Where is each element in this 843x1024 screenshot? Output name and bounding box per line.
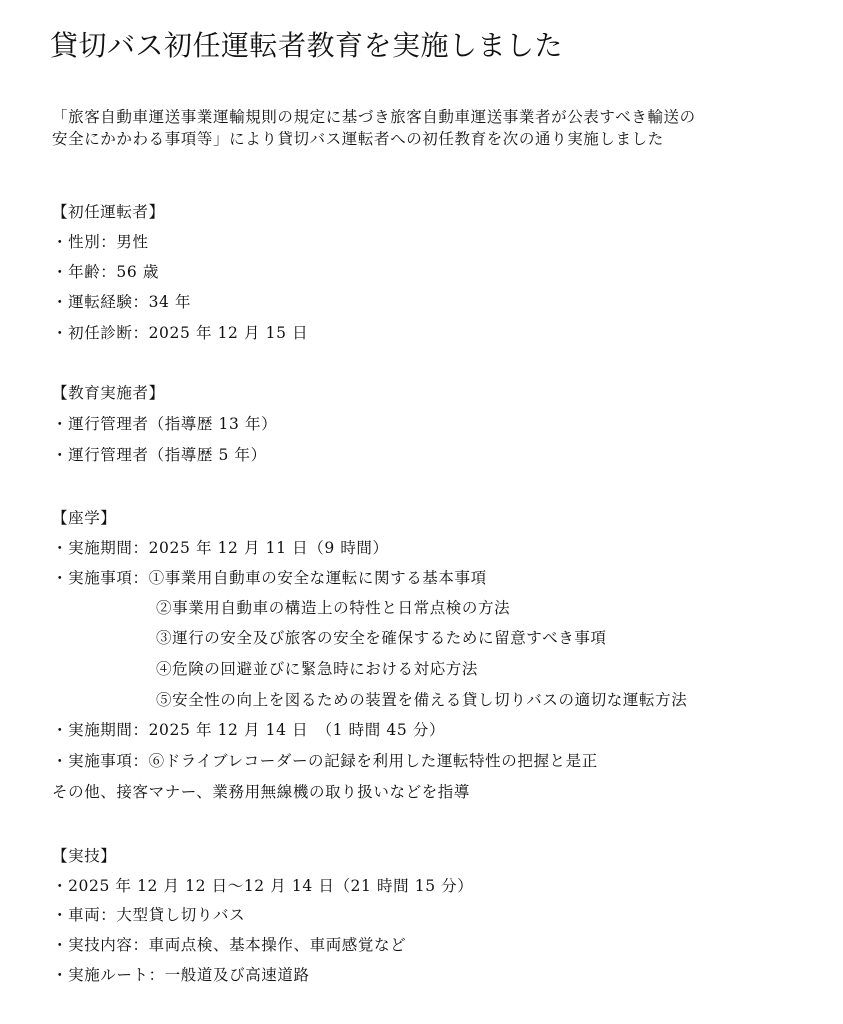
classroom-topic-6: ・実施事項：⑥ドライブレコーダーの記録を利用した運転特性の把握と是正 xyxy=(52,750,598,772)
practical-route: ・実施ルート：一般道及び高速道路 xyxy=(52,964,310,986)
driver-experience: ・運転経験：34 年 xyxy=(52,291,191,313)
classroom-topic-3: ③運行の安全及び旅客の安全を確保するために留意すべき事項 xyxy=(156,627,607,649)
instructor-1: ・運行管理者（指導歴 13 年） xyxy=(52,413,277,435)
section-heading-practical: 【実技】 xyxy=(52,845,116,867)
driver-diagnosis-date: ・初任診断：2025 年 12 月 15 日 xyxy=(52,322,308,344)
driver-age: ・年齢：56 歳 xyxy=(52,261,159,283)
practical-vehicle: ・車両：大型貸し切りバス xyxy=(52,904,245,926)
section-heading-driver: 【初任運転者】 xyxy=(52,201,165,223)
intro-paragraph: 「旅客自動車運送事業運輸規則の規定に基づき旅客自動車運送事業者が公表すべき輸送の… xyxy=(52,106,812,150)
classroom-topic-2: ②事業用自動車の構造上の特性と日常点検の方法 xyxy=(156,597,510,619)
classroom-topic-4: ④危険の回避並びに緊急時における対応方法 xyxy=(156,658,478,680)
instructor-2: ・運行管理者（指導歴 5 年） xyxy=(52,444,267,466)
classroom-period-1: ・実施期間：2025 年 12 月 11 日（9 時間） xyxy=(52,537,389,559)
practical-period: ・2025 年 12 月 12 日～12 月 14 日（21 時間 15 分） xyxy=(52,875,473,897)
section-heading-classroom: 【座学】 xyxy=(52,507,116,529)
driver-gender: ・性別：男性 xyxy=(52,231,149,253)
classroom-topic-5: ⑤安全性の向上を図るための装置を備える貸し切りバスの適切な運転方法 xyxy=(156,689,687,711)
practical-content: ・実技内容：車両点検、基本操作、車両感覚など xyxy=(52,934,406,956)
classroom-other-guidance: その他、接客マナー、業務用無線機の取り扱いなどを指導 xyxy=(52,781,470,803)
document-page: 貸切バス初任運転者教育を実施しました 「旅客自動車運送事業運輸規則の規定に基づき… xyxy=(0,0,843,1024)
classroom-topic-1: ・実施事項：①事業用自動車の安全な運転に関する基本事項 xyxy=(52,567,487,589)
section-heading-instructors: 【教育実施者】 xyxy=(52,382,165,404)
intro-line-1: 「旅客自動車運送事業運輸規則の規定に基づき旅客自動車運送事業者が公表すべき輸送の xyxy=(52,106,812,128)
classroom-period-2: ・実施期間：2025 年 12 月 14 日 （1 時間 45 分） xyxy=(52,719,445,741)
page-title: 貸切バス初任運転者教育を実施しました xyxy=(50,26,563,66)
intro-line-2: 安全にかかわる事項等」により貸切バス運転者への初任教育を次の通り実施しました xyxy=(52,128,812,150)
